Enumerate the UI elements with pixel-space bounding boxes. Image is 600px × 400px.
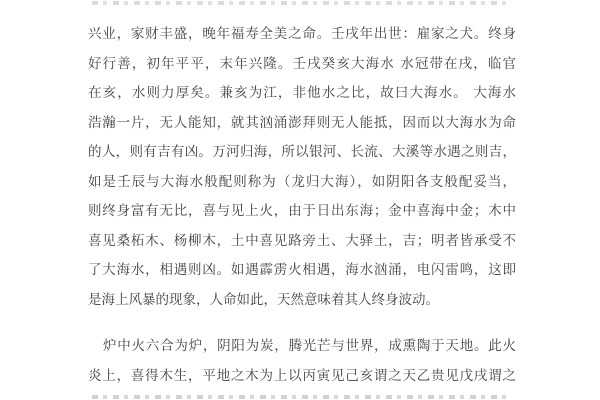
text-line: 兴业，家财丰盛，晚年福寿全美之命。壬戌年出世：雇家之犬。终身 [88,20,516,50]
paragraph-furnace-fire: 炉中火六合为炉，阴阳为炭，腾光芒与世界，成熏陶于天地。此火 炎上，喜得木生，平地… [88,332,516,391]
text-line: 浩瀚一片，无人能知，就其汹涌澎拜则无人能抵，因而以大海水为命 [88,109,516,139]
text-line: 好行善，初年平平，末年兴隆。壬戌癸亥大海水 水冠带在戌，临官 [88,50,516,80]
text-line: 的人，则有吉有凶。万河归海，所以银河、长流、大溪等水遇之则吉， [88,138,516,168]
text-line: 炉中火六合为炉，阴阳为炭，腾光芒与世界，成熏陶于天地。此火 [88,332,516,362]
paragraph-sea-water: 兴业，家财丰盛，晚年福寿全美之命。壬戌年出世：雇家之犬。终身 好行善，初年平平，… [88,20,516,315]
text-line: 炎上，喜得木生，平地之木为上以丙寅见己亥谓之天乙贵见戊戌谓之 [88,362,516,392]
document-page: 兴业，家财丰盛，晚年福寿全美之命。壬戌年出世：雇家之犬。终身 好行善，初年平平，… [0,0,600,400]
text-line: 是海上风暴的现象，人命如此，天然意味着其人终身波动。 [88,286,516,316]
clipped-text-line-top [92,1,512,5]
text-line: 在亥，水则力厚矣。兼亥为江，非他水之比，故曰大海水。 大海水 [88,79,516,109]
text-line: 则终身富有无比，喜与见上火，由于日出东海；金中喜海中金；木中 [88,197,516,227]
clipped-text-line-bottom [92,395,512,399]
text-line: 了大海水，相遇则凶。如遇霹雳火相遇，海水汹涌，电闪雷鸣，这即 [88,256,516,286]
text-line: 如是壬辰与大海水般配则称为（龙归大海），如阴阳各支般配妥当， [88,168,516,198]
text-line: 喜见桑柘木、杨柳木，土中喜见路旁土、大驿土，吉；明者皆承受不 [88,227,516,257]
text-block: 兴业，家财丰盛，晚年福寿全美之命。壬戌年出世：雇家之犬。终身 好行善，初年平平，… [88,20,516,391]
